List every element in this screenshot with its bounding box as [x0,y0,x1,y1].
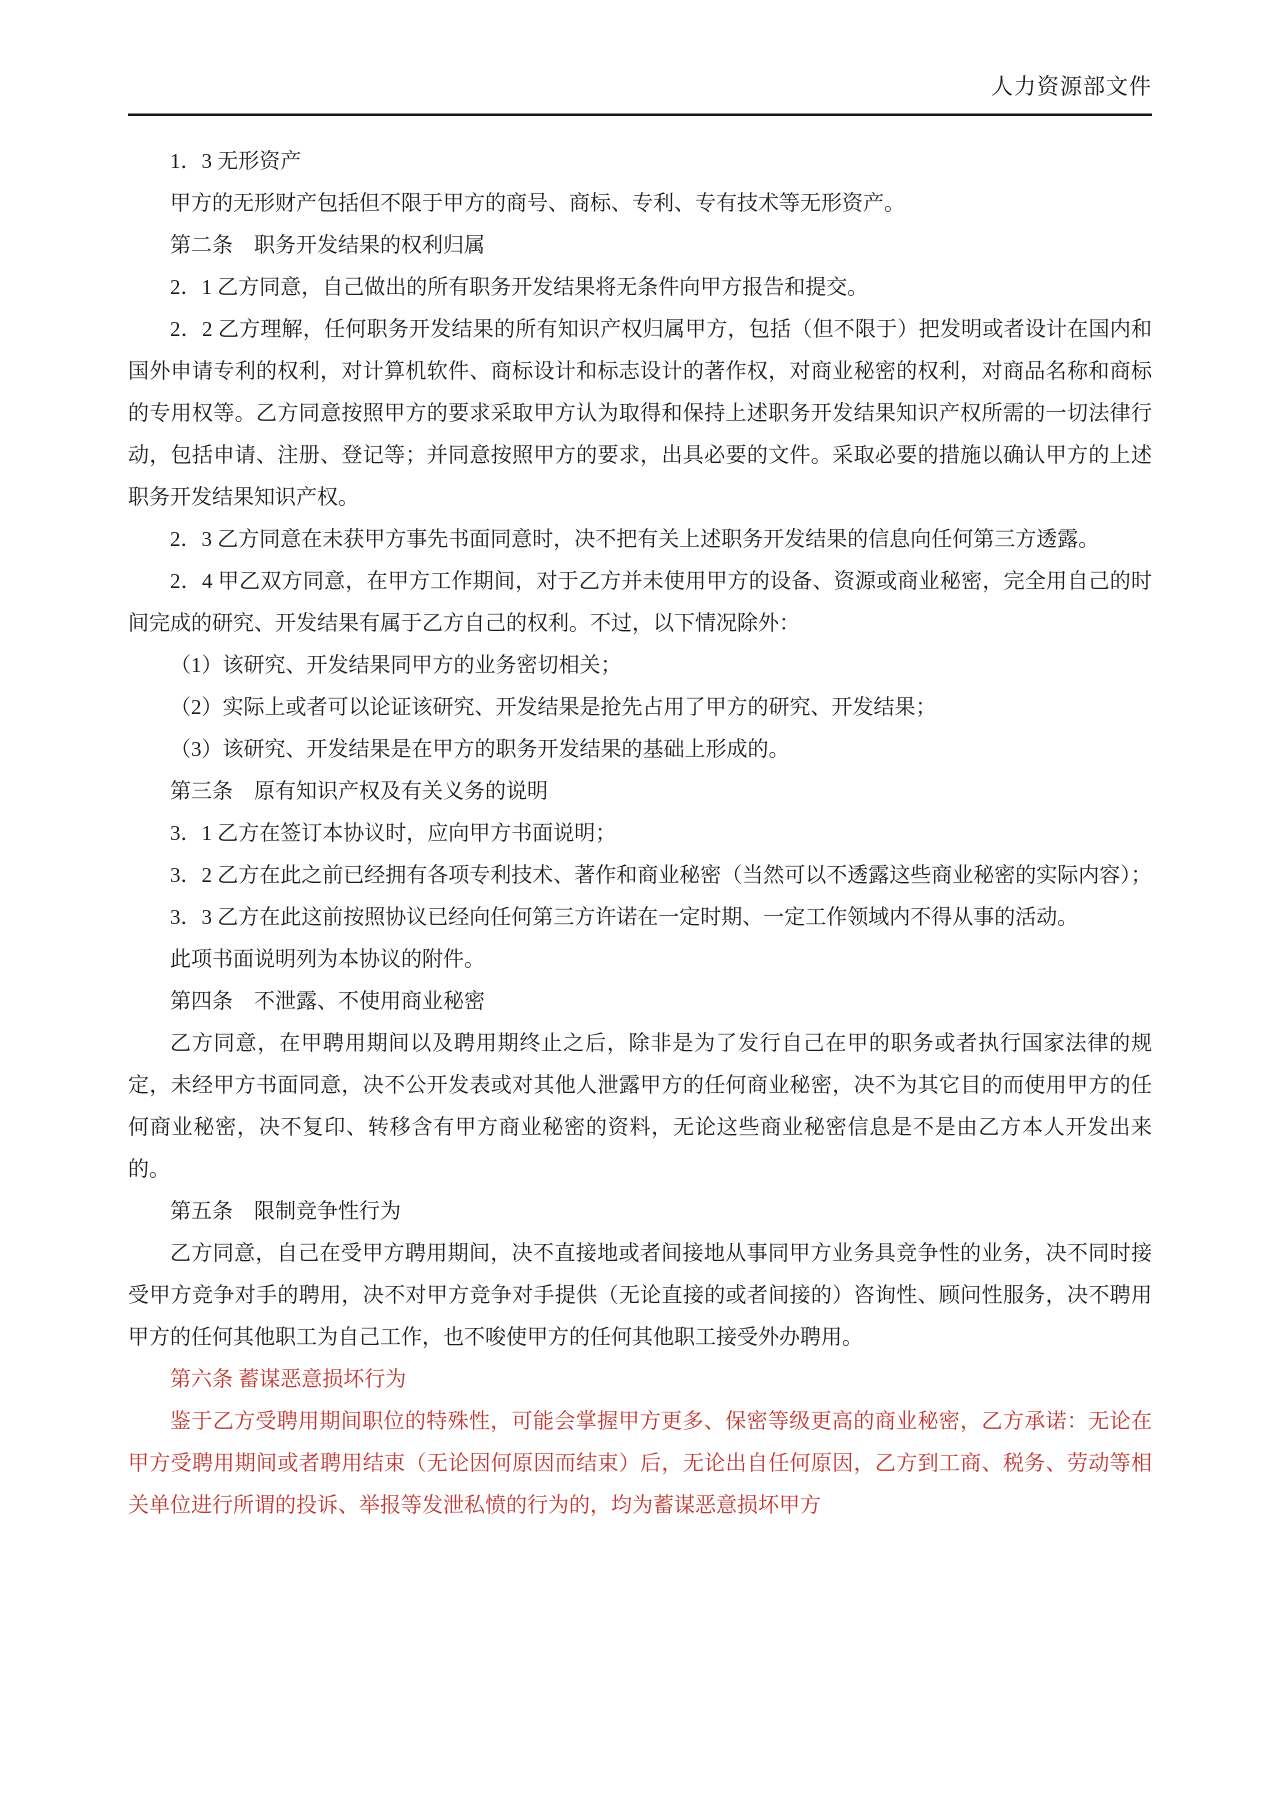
paragraph: 此项书面说明列为本协议的附件。 [128,938,1152,980]
paragraph: 3．1 乙方在签订本协议时，应向甲方书面说明； [128,812,1152,854]
paragraph: 乙方同意，自己在受甲方聘用期间，决不直接地或者间接地从事同甲方业务具竞争性的业务… [128,1232,1152,1358]
paragraph: 第三条 原有知识产权及有关义务的说明 [128,770,1152,812]
paragraph: 第四条 不泄露、不使用商业秘密 [128,980,1152,1022]
paragraph: （3）该研究、开发结果是在甲方的职务开发结果的基础上形成的。 [128,728,1152,770]
paragraph: 第二条 职务开发结果的权利归属 [128,224,1152,266]
paragraph: 2．3 乙方同意在未获甲方事先书面同意时，决不把有关上述职务开发结果的信息向任何… [128,518,1152,560]
paragraph: 乙方同意，在甲聘用期间以及聘用期终止之后，除非是为了发行自己在甲的职务或者执行国… [128,1022,1152,1190]
paragraph: 甲方的无形财产包括但不限于甲方的商号、商标、专利、专有技术等无形资产。 [128,182,1152,224]
header-divider [128,113,1152,116]
paragraph: 3．2 乙方在此之前已经拥有各项专利技术、著作和商业秘密（当然可以不透露这些商业… [128,854,1152,896]
page-header-label: 人力资源部文件 [128,0,1152,101]
paragraph: 第六条 蓄谋恶意损坏行为 [128,1358,1152,1400]
paragraph: 1．3 无形资产 [128,140,1152,182]
paragraph: 2．2 乙方理解，任何职务开发结果的所有知识产权归属甲方，包括（但不限于）把发明… [128,308,1152,518]
paragraph: 第五条 限制竞争性行为 [128,1190,1152,1232]
paragraph: 3．3 乙方在此这前按照协议已经向任何第三方许诺在一定时期、一定工作领域内不得从… [128,896,1152,938]
paragraph: 2．4 甲乙双方同意，在甲方工作期间，对于乙方并未使用甲方的设备、资源或商业秘密… [128,560,1152,644]
paragraph: （1）该研究、开发结果同甲方的业务密切相关； [128,644,1152,686]
document-page: 人力资源部文件 1．3 无形资产甲方的无形财产包括但不限于甲方的商号、商标、专利… [0,0,1280,1810]
paragraph: （2）实际上或者可以论证该研究、开发结果是抢先占用了甲方的研究、开发结果； [128,686,1152,728]
document-body: 1．3 无形资产甲方的无形财产包括但不限于甲方的商号、商标、专利、专有技术等无形… [128,140,1152,1526]
paragraph: 鉴于乙方受聘用期间职位的特殊性，可能会掌握甲方更多、保密等级更高的商业秘密，乙方… [128,1400,1152,1526]
paragraph: 2．1 乙方同意，自己做出的所有职务开发结果将无条件向甲方报告和提交。 [128,266,1152,308]
